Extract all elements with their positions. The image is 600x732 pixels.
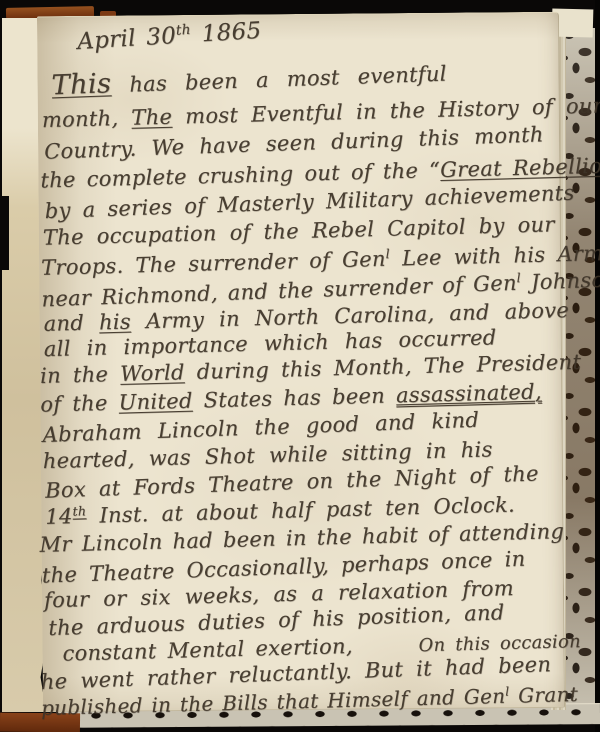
diary-photo: April 30th 1865This has been a most even… [0, 0, 600, 732]
background-right-edge [595, 0, 600, 732]
marbled-cover-right-edge [563, 28, 595, 720]
gutter-notch [0, 196, 9, 270]
leather-spine-bottom-fragment [0, 713, 80, 732]
diary-page [37, 12, 565, 713]
